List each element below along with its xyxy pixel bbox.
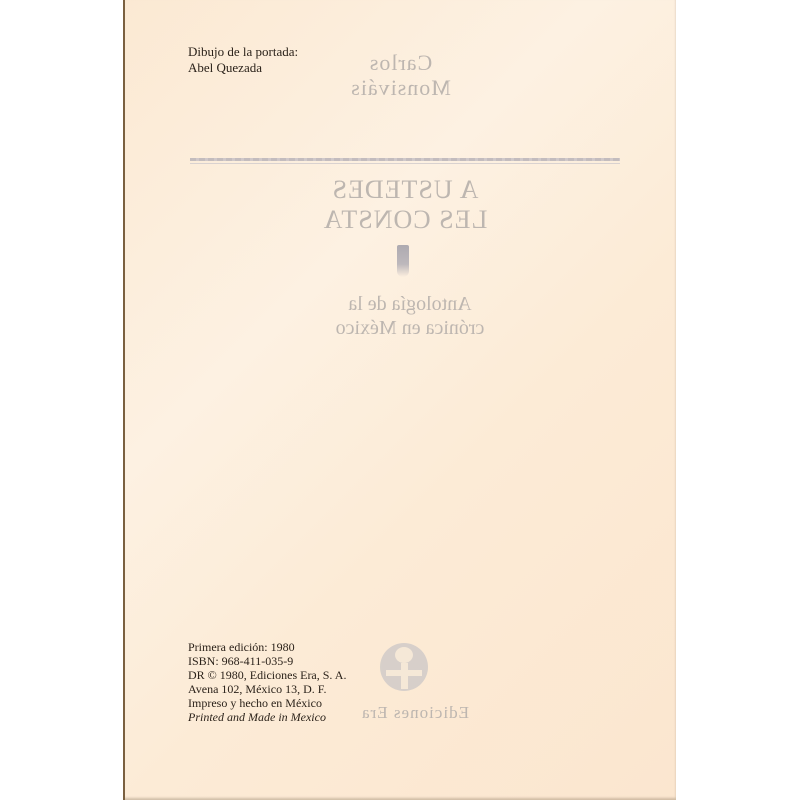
logo-cross-vertical (401, 663, 408, 689)
printed-es-line: Impreso y hecho en México (188, 696, 346, 710)
bleed-title-line2: LES CONSTA (300, 205, 510, 235)
cover-credit-label: Dibujo de la portada: (188, 44, 298, 60)
cover-credit-artist: Abel Quezada (188, 60, 298, 76)
bleed-through-rule (190, 158, 620, 161)
ediciones-era-logo-icon (380, 643, 428, 691)
bleed-through-subtitle: Antología de la crónica en México (305, 292, 515, 340)
pointing-hand-icon (397, 245, 409, 277)
bleed-subtitle-line1: Antología de la (305, 292, 515, 316)
cover-credit: Dibujo de la portada: Abel Quezada (188, 44, 298, 76)
bleed-through-author: Carlos Monsiváis (333, 50, 468, 100)
bleed-through-rule-thin (190, 163, 620, 164)
logo-cross-horizontal (386, 670, 422, 676)
bleed-through-title: A USTEDES LES CONSTA (300, 175, 510, 235)
printed-en-line: Printed and Made in Mexico (188, 710, 346, 724)
bleed-through-publisher: Ediciones Era (345, 703, 485, 723)
bleed-subtitle-line2: crónica en México (305, 316, 515, 340)
bleed-author-first: Carlos (333, 50, 468, 75)
bleed-title-line1: A USTEDES (300, 175, 510, 205)
logo-dot (395, 647, 413, 663)
bleed-author-last: Monsiváis (333, 75, 468, 100)
copyright-line: DR © 1980, Ediciones Era, S. A. (188, 668, 346, 682)
isbn-line: ISBN: 968-411-035-9 (188, 654, 346, 668)
colophon: Primera edición: 1980 ISBN: 968-411-035-… (188, 640, 346, 724)
address-line: Avena 102, México 13, D. F. (188, 682, 346, 696)
edition-line: Primera edición: 1980 (188, 640, 346, 654)
